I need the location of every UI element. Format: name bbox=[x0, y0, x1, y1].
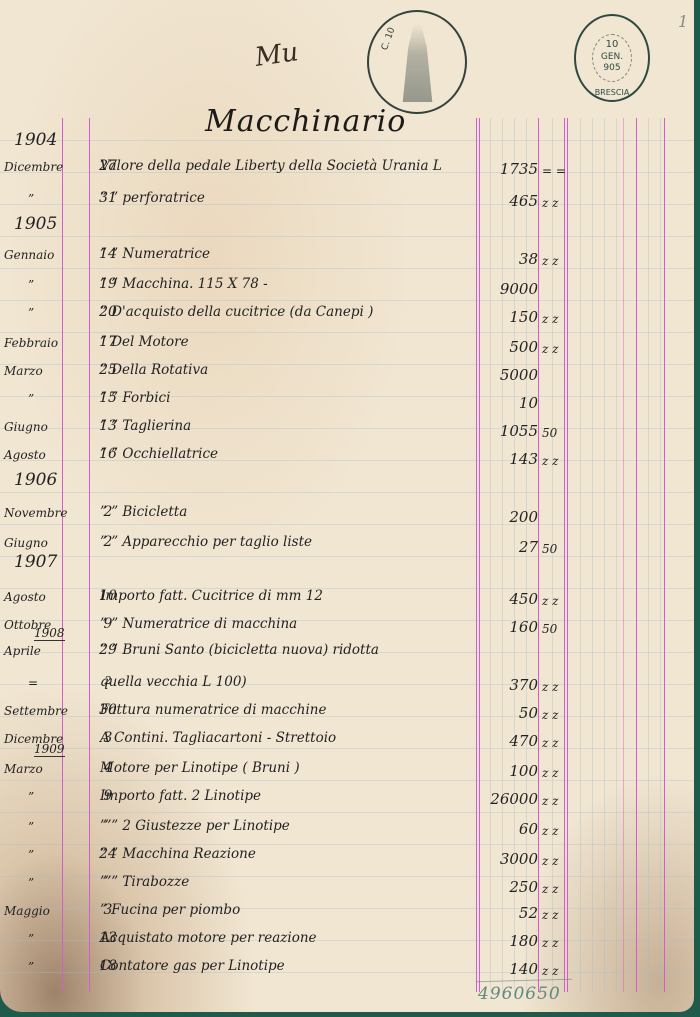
entry-description: ” ” Tirabozze bbox=[100, 874, 189, 890]
entry-month: Giugno bbox=[4, 420, 90, 434]
entry-description: ” ” Numeratrice di macchina bbox=[100, 616, 297, 632]
date-stamp: 10 GEN. 905 BRESCIA bbox=[574, 14, 650, 102]
entry-lire: 10 bbox=[484, 394, 538, 412]
stamp-day: 10 bbox=[576, 40, 648, 50]
entry-month: Giugno bbox=[4, 536, 90, 550]
entry-description: ” ” perforatrice bbox=[100, 190, 205, 206]
entry-description: ” ” Forbici bbox=[100, 390, 170, 406]
entry-description: ” ” Apparecchio per taglio liste bbox=[100, 534, 312, 550]
entry-description: Acquistato motore per reazione bbox=[100, 930, 317, 946]
entry-month: Maggio bbox=[4, 904, 90, 918]
entry-cent: z z bbox=[542, 594, 572, 608]
year-label: 1904 bbox=[14, 130, 57, 150]
entry-description: Contatore gas per Linotipe bbox=[100, 958, 285, 974]
entry-lire: 150 bbox=[484, 308, 538, 326]
entry-lire: 38 bbox=[484, 250, 538, 268]
entry-lire: 1055 bbox=[484, 422, 538, 440]
stamp-denomination: C. 10 bbox=[380, 26, 397, 51]
entry-description: ” ” Occhiellatrice bbox=[100, 446, 218, 462]
entry-lire: 27 bbox=[484, 538, 538, 556]
entry-cent: z z bbox=[542, 312, 572, 326]
entry-description: ” ” 2 Giustezze per Linotipe bbox=[100, 818, 290, 834]
entry-lire: 9000 bbox=[484, 280, 538, 298]
entry-cent: 50 bbox=[542, 622, 572, 636]
entry-cent: z z bbox=[542, 766, 572, 780]
entry-lire: 60 bbox=[484, 820, 538, 838]
entry-lire: 250 bbox=[484, 878, 538, 896]
entry-lire: 26000 bbox=[484, 790, 538, 808]
stamp-year: 905 bbox=[576, 63, 648, 73]
entry-lire: 500 bbox=[484, 338, 538, 356]
entry-cent: z z bbox=[542, 794, 572, 808]
entry-lire: 180 bbox=[484, 932, 538, 950]
entry-description: A Contini. Tagliacartoni - Strettoio bbox=[100, 730, 336, 746]
year-label: 1906 bbox=[14, 470, 57, 490]
entry-cent: z z bbox=[542, 908, 572, 922]
entry-description: Valore della pedale Liberty della Societ… bbox=[100, 158, 442, 174]
entry-lire: 370 bbox=[484, 676, 538, 694]
entry-lire: 52 bbox=[484, 904, 538, 922]
entry-description: ” ” Macchina Reazione bbox=[100, 846, 256, 862]
entry-description: Motore per Linotipe ( Bruni ) bbox=[100, 760, 300, 776]
entry-cent: z z bbox=[542, 824, 572, 838]
entry-cent: 50 bbox=[542, 426, 572, 440]
entry-month: Novembre bbox=[4, 506, 90, 520]
entry-description: ” D'acquisto della cucitrice (da Canepi … bbox=[100, 304, 373, 320]
year-label: 1907 bbox=[14, 552, 57, 572]
entry-cent: 50 bbox=[542, 542, 572, 556]
entry-cent: = = bbox=[542, 164, 572, 178]
year-label: 1908 bbox=[34, 626, 65, 641]
entry-lire: 465 bbox=[484, 192, 538, 210]
entry-month: Dicembre bbox=[4, 160, 90, 174]
entry-lire: 470 bbox=[484, 732, 538, 750]
entry-description: Importo fatt. 2 Linotipe bbox=[100, 788, 261, 804]
entry-cent: z z bbox=[542, 708, 572, 722]
entry-lire: 100 bbox=[484, 762, 538, 780]
entry-month: Agosto bbox=[4, 448, 90, 462]
entry-month: Febbraio bbox=[4, 336, 90, 350]
entry-month: Settembre bbox=[4, 704, 90, 718]
entry-description: ” ” Taglierina bbox=[100, 418, 191, 434]
year-label: 1909 bbox=[34, 742, 65, 757]
entry-description: ” Del Motore bbox=[100, 334, 189, 350]
entry-cent: z z bbox=[542, 254, 572, 268]
entry-description: Fattura numeratrice di macchine bbox=[100, 702, 326, 718]
entry-description: ” Della Rotativa bbox=[100, 362, 208, 378]
entry-month: Marzo bbox=[4, 762, 90, 776]
entry-cent: z z bbox=[542, 882, 572, 896]
page-number: 1 bbox=[678, 12, 688, 31]
entry-cent: z z bbox=[542, 680, 572, 694]
entry-lire: 140 bbox=[484, 960, 538, 978]
pencil-total: 4960650 bbox=[478, 984, 561, 1004]
entry-cent: z z bbox=[542, 454, 572, 468]
entry-cent: z z bbox=[542, 964, 572, 978]
stamp-month: GEN. bbox=[576, 52, 648, 62]
entry-month: Agosto bbox=[4, 590, 90, 604]
entry-cent: z z bbox=[542, 854, 572, 868]
allegorical-figure-icon bbox=[399, 24, 436, 102]
entry-lire: 5000 bbox=[484, 366, 538, 384]
entry-description: quella vecchia L 100) bbox=[100, 674, 247, 690]
entry-lire: 450 bbox=[484, 590, 538, 608]
entry-lire: 143 bbox=[484, 450, 538, 468]
entry-lire: 3000 bbox=[484, 850, 538, 868]
entry-description: ” Fucina per piombo bbox=[100, 902, 240, 918]
entry-lire: 1735 bbox=[484, 160, 538, 178]
signature: Mu bbox=[253, 37, 300, 73]
entry-description: ” ” Macchina. 115 X 78 - bbox=[100, 276, 268, 292]
year-label: 1905 bbox=[14, 214, 57, 234]
entry-lire: 50 bbox=[484, 704, 538, 722]
ledger-page: Mu C. 10 10 GEN. 905 BRESCIA 1 Macchinar… bbox=[0, 0, 694, 1012]
entry-lire: 200 bbox=[484, 508, 538, 526]
entry-month: Gennaio bbox=[4, 248, 90, 262]
entry-lire: 160 bbox=[484, 618, 538, 636]
entry-cent: z z bbox=[542, 936, 572, 950]
entry-cent: z z bbox=[542, 342, 572, 356]
entry-description: ” ” Bruni Santo (bicicletta nuova) ridot… bbox=[100, 642, 379, 658]
entry-month: Aprile bbox=[4, 644, 90, 658]
entry-cent: z z bbox=[542, 736, 572, 750]
entry-month: Marzo bbox=[4, 364, 90, 378]
revenue-stamp: C. 10 bbox=[367, 10, 467, 114]
entry-description: Importo fatt. Cucitrice di mm 12 bbox=[100, 588, 323, 604]
entry-description: ” ” Numeratrice bbox=[100, 246, 210, 262]
entry-cent: z z bbox=[542, 196, 572, 210]
page-title: Macchinario bbox=[205, 104, 406, 139]
stamp-city: BRESCIA bbox=[576, 88, 648, 97]
entry-description: ” ” Bicicletta bbox=[100, 504, 187, 520]
